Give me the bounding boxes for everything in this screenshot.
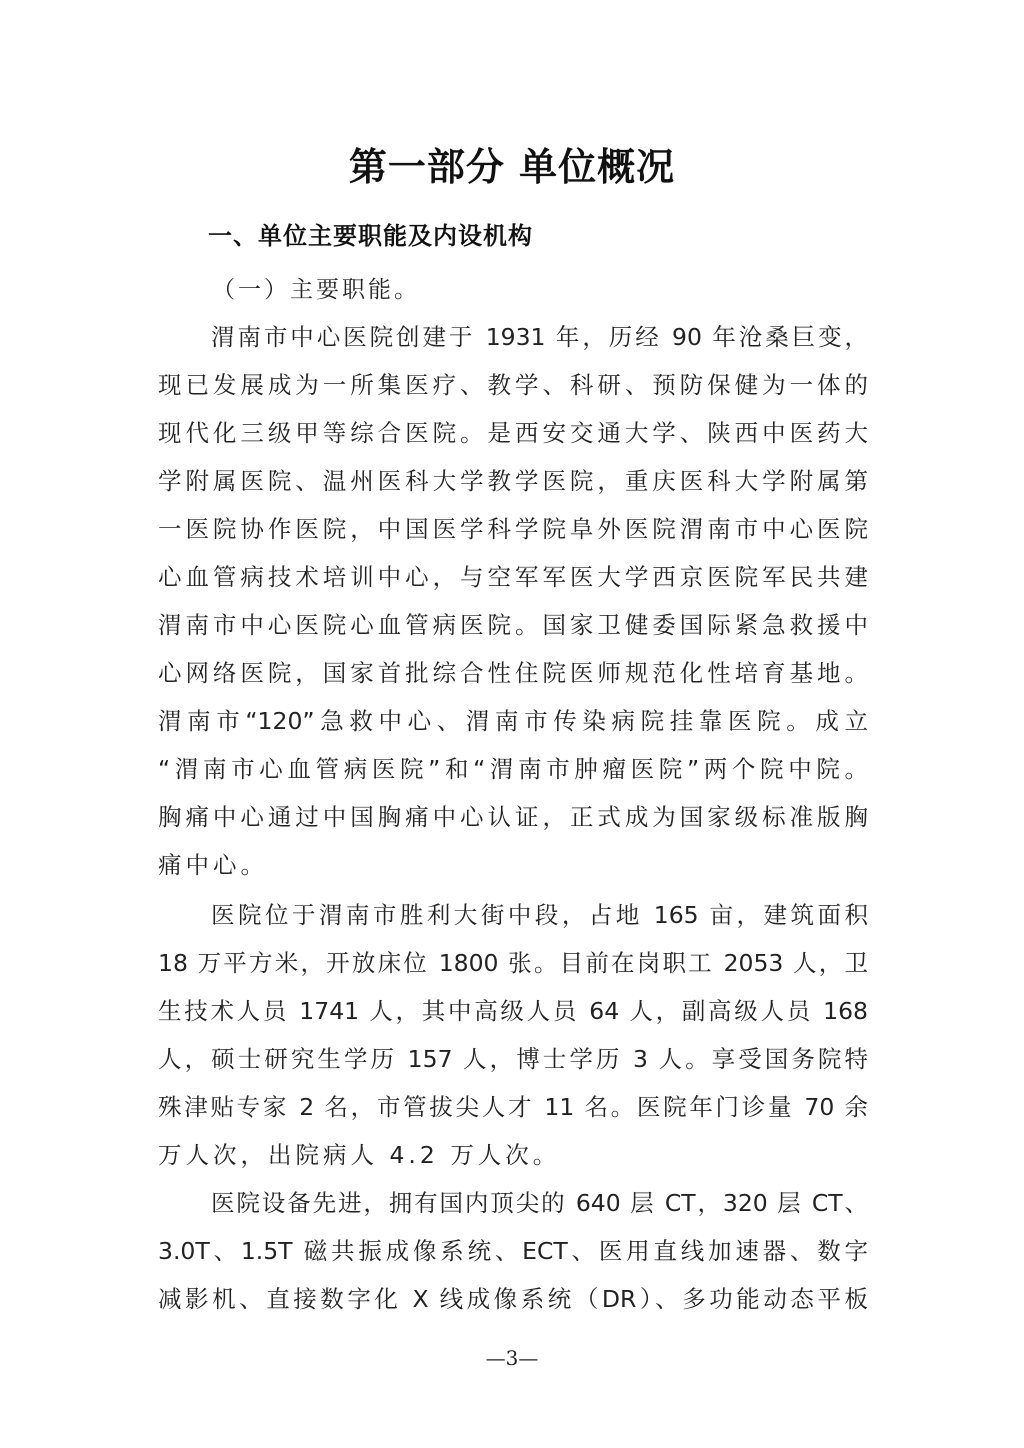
text-line: 心网络医院，国家首批综合性住院医师规范化性培育基地。: [158, 654, 868, 688]
text-line: 现代化三级甲等综合医院。是西安交通大学、陕西中医药大: [158, 414, 868, 448]
text-line: 减影机、直接数字化 X 线成像系统（DR）、多功能动态平板: [158, 1280, 868, 1314]
text-line: 人，硕士研究生学历 157 人，博士学历 3 人。享受国务院特: [158, 1040, 868, 1074]
text-line: 3.0T、1.5T 磁共振成像系统、ECT、医用直线加速器、数字: [158, 1232, 868, 1266]
text-line: 一医院协作医院，中国医学科学院阜外医院渭南市中心医院: [158, 510, 868, 544]
page-title: 第一部分 单位概况: [0, 136, 1024, 191]
text-line: 18 万平方米，开放床位 1800 张。目前在岗职工 2053 人，卫: [158, 944, 868, 978]
text-line: 生技术人员 1741 人，其中高级人员 64 人，副高级人员 168: [158, 992, 868, 1026]
document-page: 第一部分 单位概况 一、单位主要职能及内设机构 （一）主要职能。 渭南市中心医院…: [0, 0, 1024, 1448]
text-line: 学附属医院、温州医科大学教学医院，重庆医科大学附属第: [158, 462, 868, 496]
text-line: 渭南市“120”急救中心、渭南市传染病院挂靠医院。成立: [158, 702, 868, 736]
text-line: 痛中心。: [158, 846, 868, 880]
section-heading: 一、单位主要职能及内设机构: [208, 216, 533, 251]
text-line: 渭南市中心医院创建于 1931 年，历经 90 年沧桑巨变，: [211, 318, 868, 352]
text-line: 渭南市中心医院心血管病医院。国家卫健委国际紧急救援中: [158, 606, 868, 640]
text-line: 殊津贴专家 2 名，市管拔尖人才 11 名。医院年门诊量 70 余: [158, 1088, 868, 1122]
page-number: —3—: [0, 1346, 1024, 1370]
text-line: 医院设备先进，拥有国内顶尖的 640 层 CT，320 层 CT、: [211, 1184, 868, 1218]
text-line: 胸痛中心通过中国胸痛中心认证，正式成为国家级标准版胸: [158, 798, 868, 832]
text-line: 心血管病技术培训中心，与空军军医大学西京医院军民共建: [158, 558, 868, 592]
text-line: 现已发展成为一所集医疗、教学、科研、预防保健为一体的: [158, 366, 868, 400]
text-line: “渭南市心血管病医院”和“渭南市肿瘤医院”两个院中院。: [158, 750, 868, 784]
subsection-heading: （一）主要职能。: [212, 271, 420, 304]
text-line: 医院位于渭南市胜利大街中段，占地 165 亩，建筑面积: [211, 896, 868, 930]
text-line: 万人次，出院病人 4.2 万人次。: [158, 1136, 868, 1170]
